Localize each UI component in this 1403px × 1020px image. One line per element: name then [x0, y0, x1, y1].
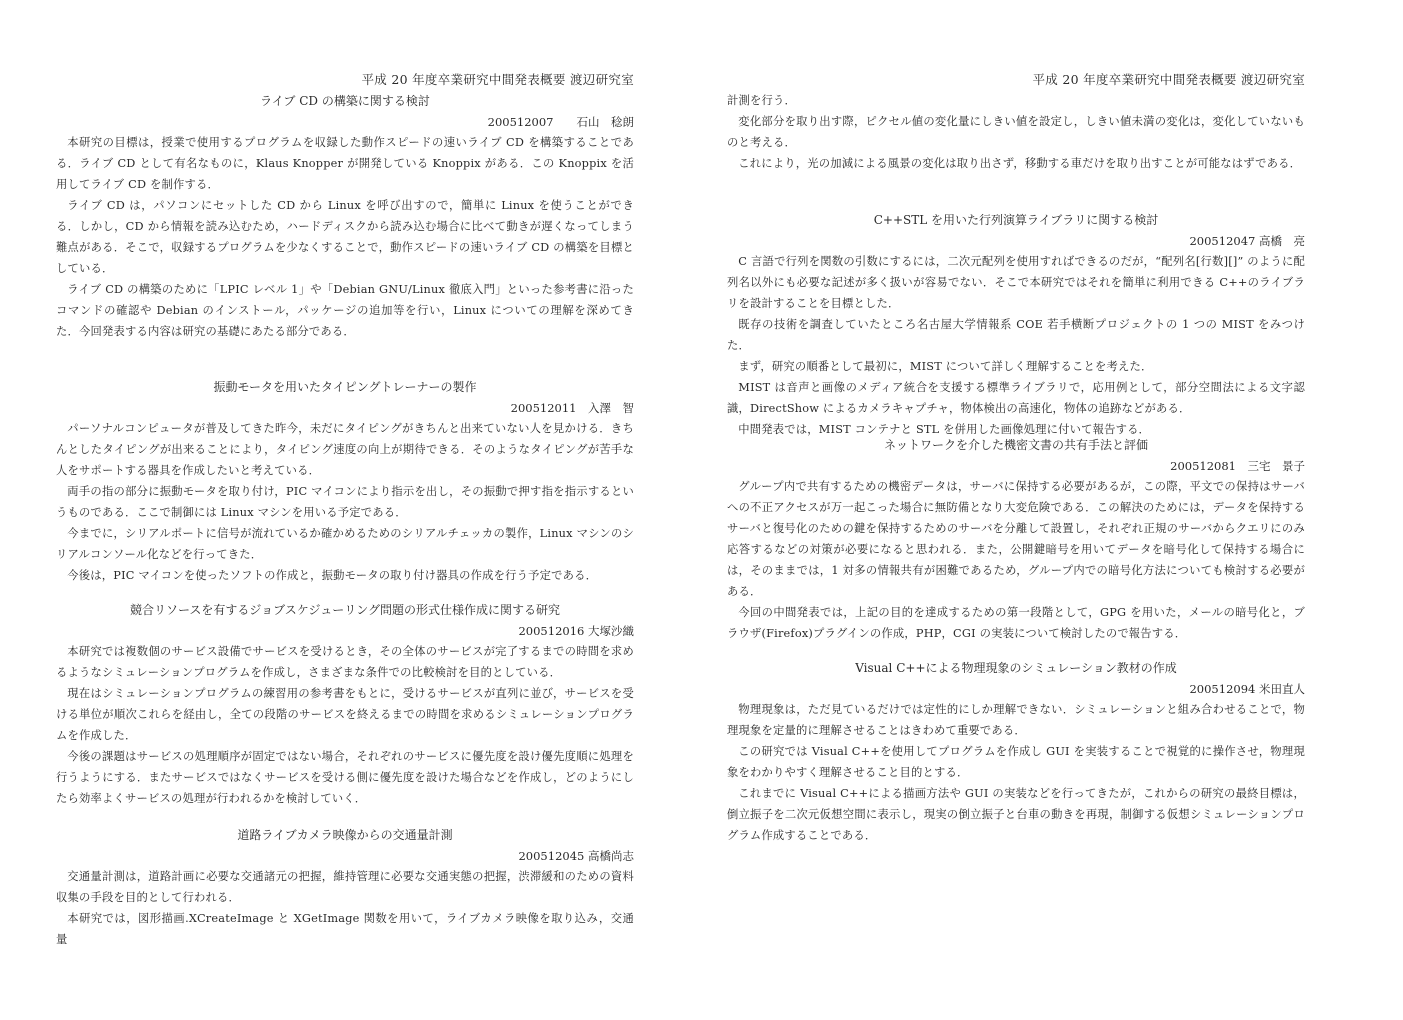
section-title: 競合リソースを有するジョブスケジューリング問題の形式仕様作成に関する研究	[56, 599, 634, 621]
author-line: 200512047 高橋 亮	[727, 231, 1305, 251]
paragraph: ライブ CD は，パソコンにセットした CD から Linux を呼び出すので，…	[56, 195, 634, 279]
paragraph: 本研究では複数個のサービス設備でサービスを受けるとき，その全体のサービスが完了す…	[56, 641, 634, 683]
paragraph: これまでに Visual C++による描画方法や GUI の実装などを行ってきた…	[727, 783, 1305, 846]
author-line: 200512081 三宅 景子	[727, 456, 1305, 476]
section-traffic-count-continued: 計測を行う． 変化部分を取り出す際，ピクセル値の変化量にしきい値を設定し，しきい…	[727, 90, 1305, 174]
paragraph: 交通量計測は，道路計画に必要な交通諸元の把握，維持管理に必要な交通実態の把握，渋…	[56, 866, 634, 908]
paragraph: 今回の中間発表では，上記の目的を達成するための第一段階として，GPG を用いた，…	[727, 602, 1305, 644]
section-confidential-docs: ネットワークを介した機密文書の共有手法と評価 200512081 三宅 景子 グ…	[727, 434, 1305, 644]
paragraph: グループ内で共有するための機密データは，サーバに保持する必要があるが，この際，平…	[727, 476, 1305, 602]
paragraph: 今後の課題はサービスの処理順序が固定ではない場合，それぞれのサービスに優先度を設…	[56, 746, 634, 809]
paragraph: これにより，光の加減による風景の変化は取り出さず，移動する車だけを取り出すことが…	[727, 153, 1305, 174]
section-title: 道路ライブカメラ映像からの交通量計測	[56, 824, 634, 846]
paragraph: MIST は音声と画像のメディア統合を支援する標準ライブラリで，応用例として，部…	[727, 377, 1305, 419]
section-title: 振動モータを用いたタイピングトレーナーの製作	[56, 376, 634, 398]
section-typing-trainer: 振動モータを用いたタイピングトレーナーの製作 200512011 入澤 智 パー…	[56, 376, 634, 586]
paragraph: まず，研究の順番として最初に，MIST について詳しく理解することを考えた．	[727, 356, 1305, 377]
section-cpp-stl: C++STL を用いた行列演算ライブラリに関する検討 200512047 高橋 …	[727, 209, 1305, 440]
paragraph: 今後は，PIC マイコンを使ったソフトの作成と，振動モータの取り付け器具の作成を…	[56, 565, 634, 586]
paragraph: 既存の技術を調査していたところ名古屋大学情報系 COE 若手横断プロジェクトの …	[727, 314, 1305, 356]
section-job-scheduling: 競合リソースを有するジョブスケジューリング問題の形式仕様作成に関する研究 200…	[56, 599, 634, 809]
paragraph: ライブ CD の構築のために「LPIC レベル 1」や「Debian GNU/L…	[56, 279, 634, 342]
author-line: 200512007 石山 稔朗	[56, 112, 634, 132]
paragraph: 本研究の目標は，授業で使用するプログラムを収録した動作スピードの速いライブ CD…	[56, 132, 634, 195]
author-line: 200512045 高橋尚志	[56, 846, 634, 866]
paragraph: C 言語で行列を関数の引数にするには，二次元配列を使用すればできるのだが，“配列…	[727, 251, 1305, 314]
paragraph: パーソナルコンピュータが普及してきた昨今，未だにタイピングがきちんと出来ていない…	[56, 418, 634, 481]
paragraph: 両手の指の部分に振動モータを取り付け，PIC マイコンにより指示を出し，その振動…	[56, 481, 634, 523]
paragraph: 物理現象は，ただ見ているだけでは定性的にしか理解できない．シミュレーションと組み…	[727, 699, 1305, 741]
author-line: 200512011 入澤 智	[56, 398, 634, 418]
paragraph: 本研究では，図形描画.XCreateImage と XGetImage 関数を用…	[56, 908, 634, 950]
paragraph: 変化部分を取り出す際，ピクセル値の変化量にしきい値を設定し，しきい値未満の変化は…	[727, 111, 1305, 153]
paragraph: 今までに，シリアルポートに信号が流れているか確かめるためのシリアルチェッカの製作…	[56, 523, 634, 565]
author-line: 200512094 米田直人	[727, 679, 1305, 699]
section-title: C++STL を用いた行列演算ライブラリに関する検討	[727, 209, 1305, 231]
section-visual-cpp-sim: Visual C++による物理現象のシミュレーション教材の作成 20051209…	[727, 657, 1305, 846]
page-header: 平成 20 年度卒業研究中間発表概要 渡辺研究室	[1032, 70, 1305, 88]
author-line: 200512016 大塚沙織	[56, 621, 634, 641]
section-title: ライブ CD の構築に関する検討	[56, 90, 634, 112]
paragraph: 計測を行う．	[727, 90, 1305, 111]
paragraph: この研究では Visual C++を使用してプログラムを作成し GUI を実装す…	[727, 741, 1305, 783]
right-page: 平成 20 年度卒業研究中間発表概要 渡辺研究室 計測を行う． 変化部分を取り出…	[727, 0, 1305, 1020]
section-title: Visual C++による物理現象のシミュレーション教材の作成	[727, 657, 1305, 679]
page-header: 平成 20 年度卒業研究中間発表概要 渡辺研究室	[361, 70, 634, 88]
paragraph: 現在はシミュレーションプログラムの練習用の参考書をもとに，受けるサービスが直列に…	[56, 683, 634, 746]
section-traffic-count: 道路ライブカメラ映像からの交通量計測 200512045 高橋尚志 交通量計測は…	[56, 824, 634, 950]
section-live-cd: ライブ CD の構築に関する検討 200512007 石山 稔朗 本研究の目標は…	[56, 90, 634, 342]
left-page: 平成 20 年度卒業研究中間発表概要 渡辺研究室 ライブ CD の構築に関する検…	[56, 0, 634, 1020]
section-title: ネットワークを介した機密文書の共有手法と評価	[727, 434, 1305, 456]
